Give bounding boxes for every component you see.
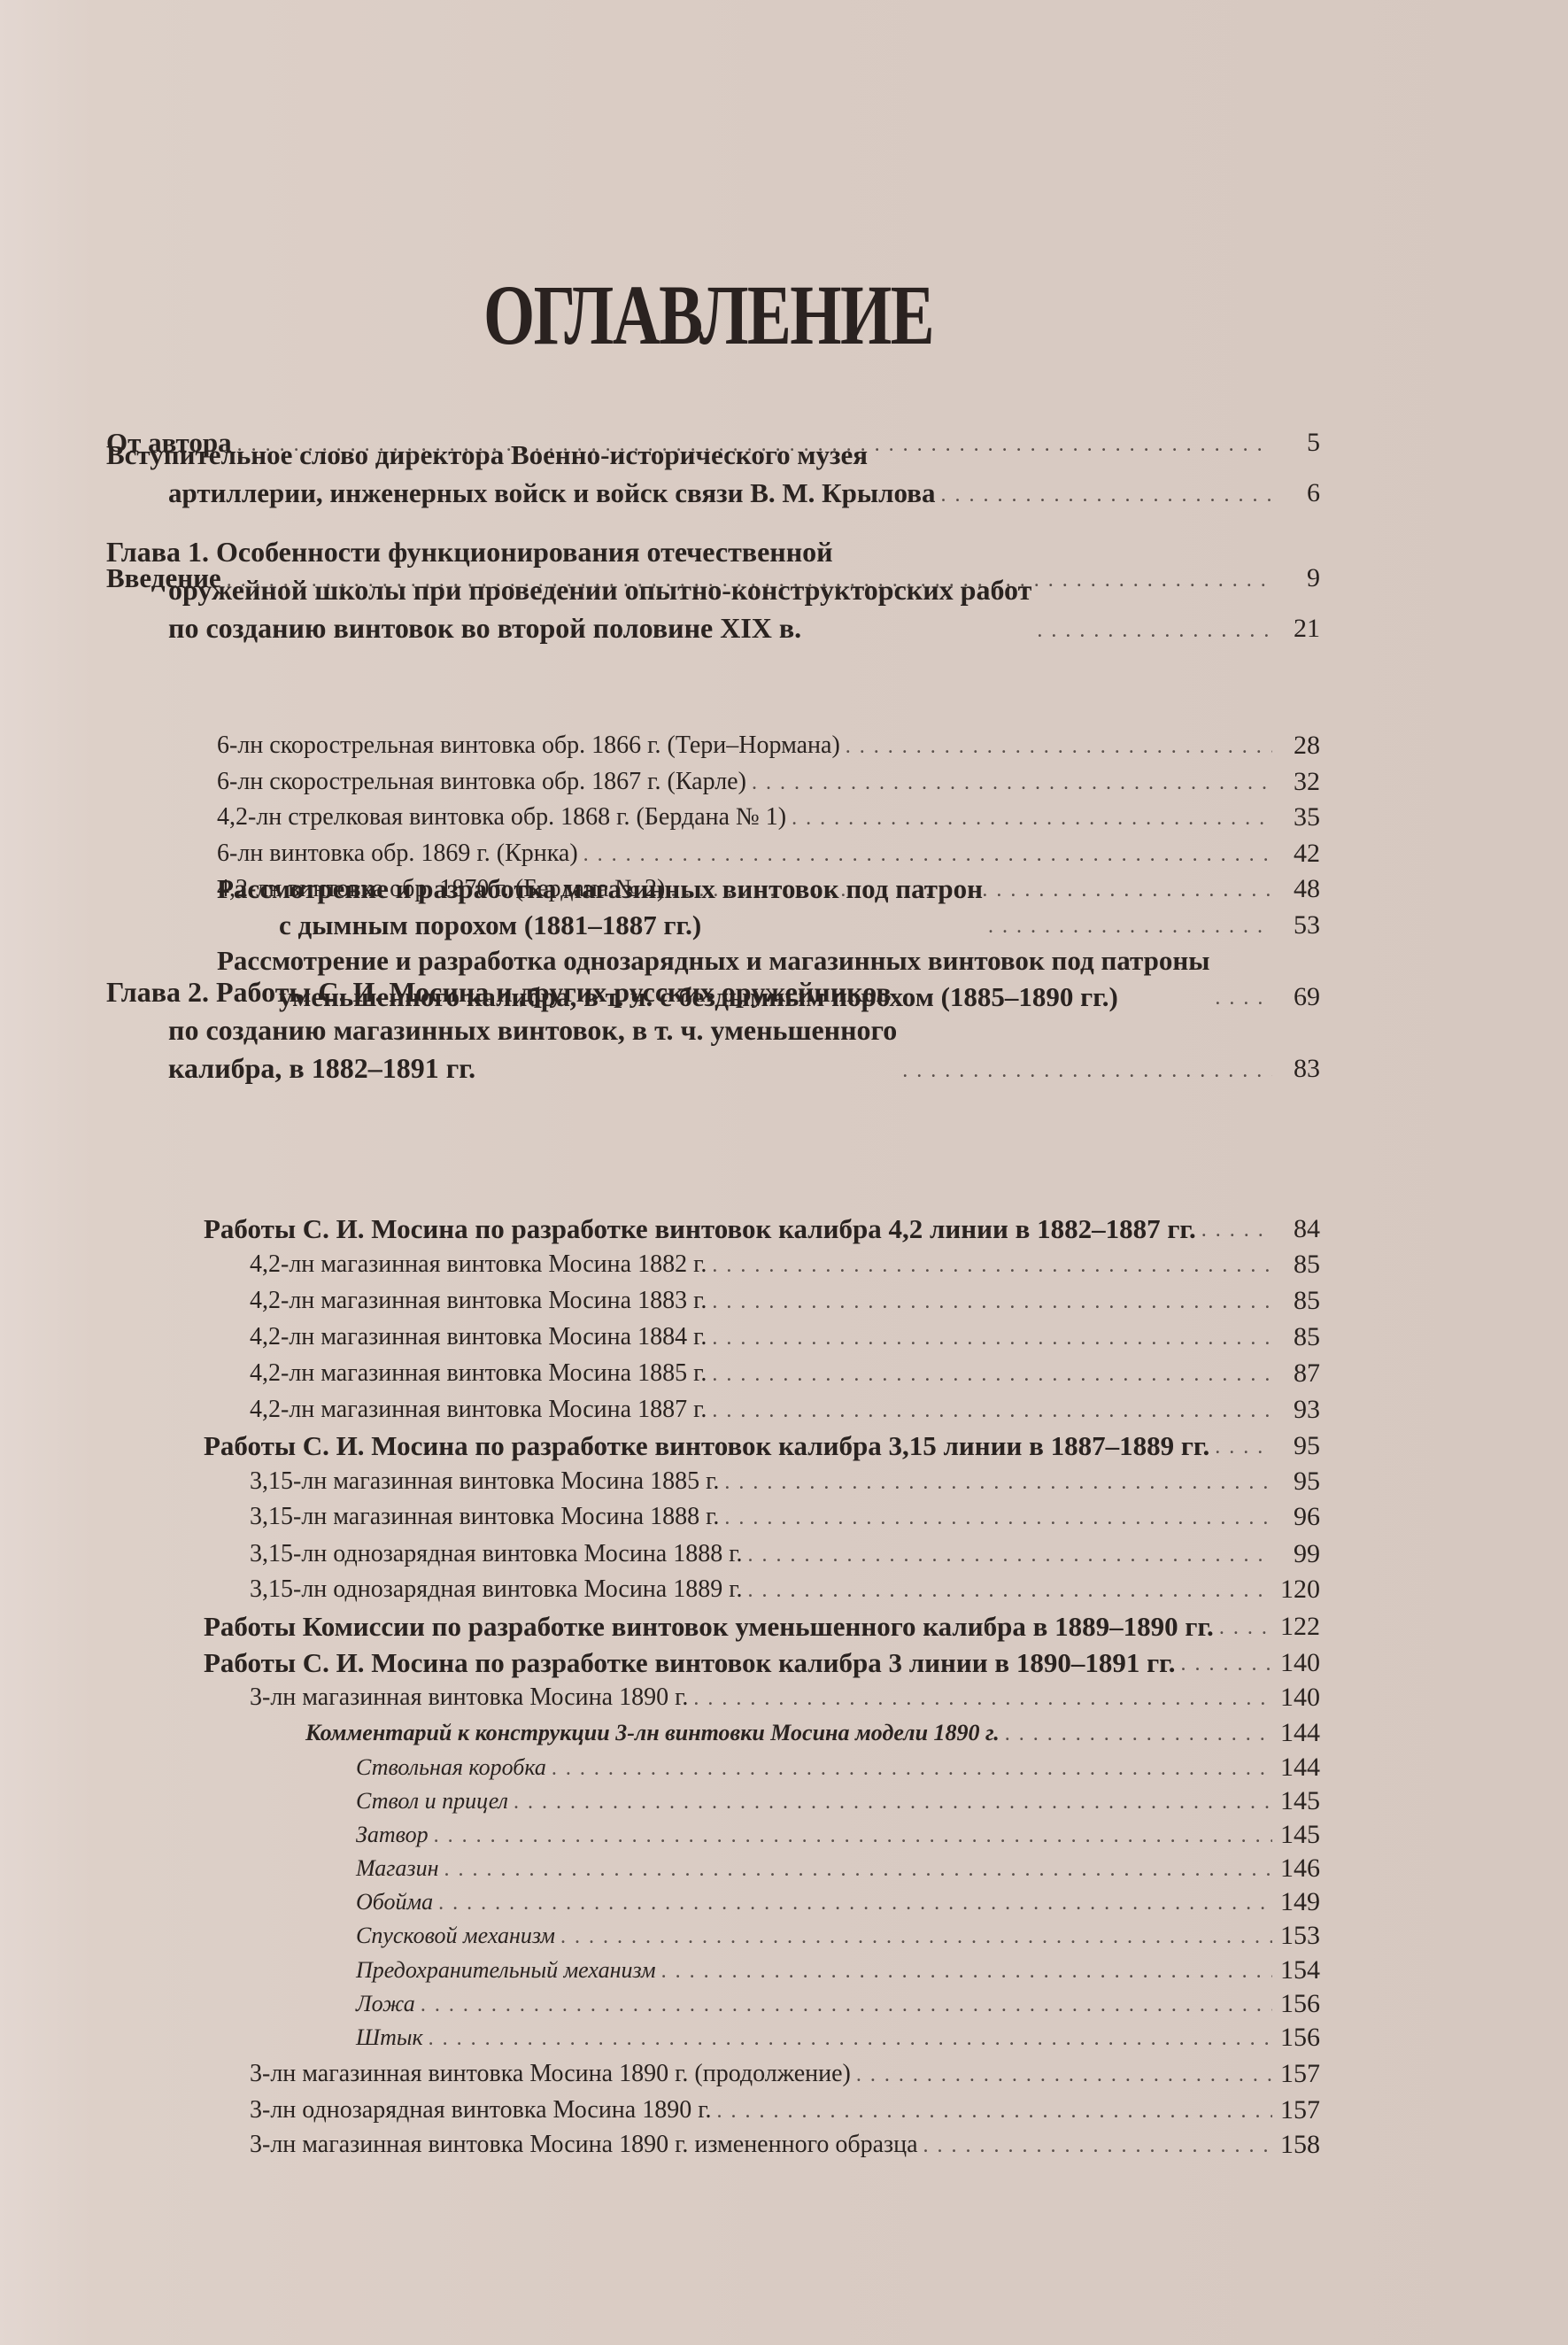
toc-entry-line: Вступительное слово директора Военно-ист…	[106, 436, 935, 474]
toc-entry-line: Штык	[356, 2020, 423, 2055]
toc-entry[interactable]: 3,15-лн магазинная винтовка Мосина 1885 …	[250, 1464, 1320, 1499]
toc-entry-title: 3,15-лн однозарядная винтовка Мосина 188…	[250, 1572, 743, 1607]
toc-entry-title: Спусковой механизм	[356, 1918, 555, 1954]
page-number: 122	[1278, 1608, 1320, 1645]
toc-entry-title: Работы С. И. Мосина по разработке винтов…	[204, 1211, 1196, 1247]
toc-entry-line: 6-лн винтовка обр. 1869 г. (Крнка)	[217, 836, 578, 871]
toc-entry-line: 4,2-лн магазинная винтовка Мосина 1887 г…	[250, 1392, 707, 1428]
toc-entry-line: 3-лн магазинная винтовка Мосина 1890 г. …	[250, 2056, 851, 2092]
toc-entry-line: по созданию магазинных винтовок, в т. ч.…	[106, 1011, 897, 1049]
page-title: ОГЛАВЛЕНИЕ	[156, 266, 1261, 364]
toc-entry-line: Рассмотрение и разработка магазинных вин…	[217, 871, 983, 907]
page-number: 87	[1278, 1356, 1320, 1391]
toc-entry-title: Работы Комиссии по разработке винтовок у…	[204, 1608, 1214, 1645]
toc-entry-title: Ствольная коробка	[356, 1750, 546, 1785]
page-number: 156	[1278, 1986, 1320, 2022]
page-number: 95	[1278, 1464, 1320, 1499]
dot-leader	[429, 2022, 1272, 2055]
toc-entry[interactable]: 3-лн магазинная винтовка Мосина 1890 г. …	[250, 2127, 1320, 2163]
toc-entry-line: Предохранительный механизм	[356, 1953, 656, 1988]
toc-entry-line: 3,15-лн магазинная винтовка Мосина 1888 …	[250, 1499, 719, 1535]
toc-entry-title: 3-лн однозарядная винтовка Мосина 1890 г…	[250, 2093, 712, 2128]
toc-entry-line: Работы Комиссии по разработке винтовок у…	[204, 1608, 1214, 1645]
toc-entry-title: Обойма	[356, 1885, 433, 1920]
toc-entry-line: 4,2-лн магазинная винтовка Мосина 1882 г…	[250, 1247, 707, 1282]
toc-entry-line: по созданию винтовок во второй половине …	[106, 609, 1031, 647]
page-number: 144	[1278, 1715, 1320, 1751]
toc-entry-title: Глава 1. Особенности функционирования от…	[106, 533, 1031, 647]
toc-entry[interactable]: Комментарий к конструкции 3-лн винтовки …	[305, 1715, 1320, 1751]
toc-entry[interactable]: 3,15-лн однозарядная винтовка Мосина 188…	[250, 1536, 1320, 1572]
toc-entry[interactable]: 4,2-лн магазинная винтовка Мосина 1885 г…	[250, 1356, 1320, 1391]
page-number: 145	[1278, 1784, 1320, 1819]
dot-leader	[444, 1853, 1272, 1886]
toc-entry-title: 4,2-лн стрелковая винтовка обр. 1868 г. …	[217, 800, 786, 835]
toc-entry[interactable]: 6-лн винтовка обр. 1869 г. (Крнка)42	[217, 836, 1320, 871]
toc-entry[interactable]: 3-лн магазинная винтовка Мосина 1890 г.1…	[250, 1680, 1320, 1715]
page-number: 153	[1278, 1918, 1320, 1954]
toc-entry-title: Работы С. И. Мосина по разработке винтов…	[204, 1645, 1176, 1681]
dot-leader	[1181, 1647, 1273, 1681]
page-number: 85	[1278, 1247, 1320, 1282]
page-number: 85	[1278, 1320, 1320, 1355]
toc-entry-title: 6-лн скорострельная винтовка обр. 1866 г…	[217, 728, 840, 763]
toc-entry-title: Ствол и прицел	[356, 1784, 508, 1819]
toc-entry[interactable]: Глава 1. Особенности функционирования от…	[106, 533, 1320, 647]
dot-leader	[717, 2094, 1272, 2128]
toc-entry-line: 3-лн магазинная винтовка Мосина 1890 г. …	[250, 2127, 918, 2163]
toc-entry-title: 3,15-лн магазинная винтовка Мосина 1888 …	[250, 1499, 719, 1535]
toc-entry[interactable]: Работы С. И. Мосина по разработке винтов…	[204, 1428, 1320, 1464]
page-number: 35	[1278, 800, 1320, 835]
toc-entry-title: Штык	[356, 2020, 423, 2055]
toc-entry-line: Магазин	[356, 1851, 438, 1886]
page-number: 156	[1278, 2020, 1320, 2055]
page-number: 32	[1278, 764, 1320, 800]
toc-entry[interactable]: 3-лн магазинная винтовка Мосина 1890 г. …	[250, 2056, 1320, 2092]
toc-entry-line: калибра, в 1882–1891 гг.	[106, 1049, 897, 1087]
dot-leader	[846, 730, 1272, 763]
dot-leader	[712, 1285, 1272, 1319]
page-number: 120	[1278, 1572, 1320, 1607]
page-number: 83	[1278, 1049, 1320, 1087]
toc-entry-title: Работы С. И. Мосина по разработке винтов…	[204, 1428, 1209, 1464]
toc-entry[interactable]: 4,2-лн магазинная винтовка Мосина 1882 г…	[250, 1247, 1320, 1282]
toc-entry-title: 4,2-лн магазинная винтовка Мосина 1882 г…	[250, 1247, 707, 1282]
toc-entry-title: 4,2-лн магазинная винтовка Мосина 1885 г…	[250, 1356, 707, 1391]
dot-leader	[752, 766, 1272, 800]
toc-entry-title: 4,2-лн магазинная винтовка Мосина 1887 г…	[250, 1392, 707, 1428]
toc-entry[interactable]: 4,2-лн магазинная винтовка Мосина 1883 г…	[250, 1283, 1320, 1319]
dot-leader	[661, 1954, 1272, 1988]
toc-entry-line: с дымным порохом (1881–1887 гг.)	[217, 907, 983, 943]
dot-leader	[712, 1358, 1272, 1391]
toc-entry-title: 4,2-лн магазинная винтовка Мосина 1883 г…	[250, 1283, 707, 1319]
toc-entry-title: 6-лн скорострельная винтовка обр. 1867 г…	[217, 764, 746, 800]
dot-leader	[1215, 1430, 1272, 1464]
dot-leader	[1037, 614, 1272, 647]
toc-entry-line: Глава 2. Работы С. И. Мосина и других ру…	[106, 973, 897, 1011]
toc-entry[interactable]: Магазин146	[356, 1851, 1320, 1886]
toc-entry[interactable]: Глава 2. Работы С. И. Мосина и других ру…	[106, 973, 1320, 1087]
toc-entry-line: 3,15-лн магазинная винтовка Мосина 1885 …	[250, 1464, 719, 1499]
dot-leader	[988, 909, 1272, 943]
dot-leader	[434, 1819, 1272, 1853]
page-number: 157	[1278, 2056, 1320, 2092]
page-number: 96	[1278, 1499, 1320, 1535]
toc-entry-line: Затвор	[356, 1817, 429, 1853]
toc-entry-line: Обойма	[356, 1885, 433, 1920]
toc-entry-line: Работы С. И. Мосина по разработке винтов…	[204, 1428, 1209, 1464]
toc-entry-line: Ствол и прицел	[356, 1784, 508, 1819]
page-number: 157	[1278, 2093, 1320, 2128]
toc-entry-title: 3,15-лн магазинная винтовка Мосина 1885 …	[250, 1464, 719, 1499]
dot-leader	[712, 1249, 1272, 1282]
page-number: 28	[1278, 728, 1320, 763]
toc-entry[interactable]: Спусковой механизм153	[356, 1918, 1320, 1954]
toc-entry[interactable]: Затвор145	[356, 1817, 1320, 1853]
page-number: 145	[1278, 1817, 1320, 1853]
page-number: 53	[1278, 907, 1320, 943]
toc-entry-title: Глава 2. Работы С. И. Мосина и других ру…	[106, 973, 897, 1087]
toc-entry-line: Ствольная коробка	[356, 1750, 546, 1785]
dot-leader	[514, 1785, 1272, 1819]
dot-leader	[902, 1054, 1272, 1087]
dot-leader	[552, 1752, 1272, 1785]
toc-entry[interactable]: Ложа156	[356, 1986, 1320, 2022]
toc-entry-title: 3-лн магазинная винтовка Мосина 1890 г. …	[250, 2127, 918, 2163]
toc-entry-line: 6-лн скорострельная винтовка обр. 1866 г…	[217, 728, 840, 763]
toc-entry-line: 4,2-лн магазинная винтовка Мосина 1884 г…	[250, 1320, 707, 1355]
page-number: 6	[1278, 474, 1320, 512]
dot-leader	[712, 1321, 1272, 1355]
toc-entry-title: 3-лн магазинная винтовка Мосина 1890 г. …	[250, 2056, 851, 2092]
dot-leader	[940, 478, 1272, 512]
toc-entry-line: 3-лн магазинная винтовка Мосина 1890 г.	[250, 1680, 688, 1715]
toc-entry[interactable]: Работы С. И. Мосина по разработке винтов…	[204, 1211, 1320, 1247]
toc-entry[interactable]: Ствол и прицел145	[356, 1784, 1320, 1819]
toc-entry[interactable]: Работы Комиссии по разработке винтовок у…	[204, 1608, 1320, 1645]
dot-leader	[421, 1988, 1272, 2022]
toc-entry-title: Вступительное слово директора Военно-ист…	[106, 436, 935, 512]
toc-entry[interactable]: 3-лн однозарядная винтовка Мосина 1890 г…	[250, 2093, 1320, 2128]
toc-entry-line: Работы С. И. Мосина по разработке винтов…	[204, 1645, 1176, 1681]
toc-entry[interactable]: 4,2-лн магазинная винтовка Мосина 1884 г…	[250, 1320, 1320, 1355]
toc-entry[interactable]: Штык156	[356, 2020, 1320, 2055]
toc-entry[interactable]: Работы С. И. Мосина по разработке винтов…	[204, 1645, 1320, 1681]
page-number: 84	[1278, 1211, 1320, 1247]
toc-entry-line: артиллерии, инженерных войск и войск свя…	[106, 474, 935, 512]
page-number: 158	[1278, 2127, 1320, 2163]
toc-entry-title: 3,15-лн однозарядная винтовка Мосина 188…	[250, 1536, 743, 1572]
toc-entry-line: оружейной школы при проведении опытно-ко…	[106, 571, 1031, 609]
toc-entry-title: 6-лн винтовка обр. 1869 г. (Крнка)	[217, 836, 578, 871]
toc-entry[interactable]: Вступительное слово директора Военно-ист…	[106, 436, 1320, 512]
dot-leader	[724, 1501, 1272, 1535]
dot-leader	[748, 1538, 1272, 1572]
toc-entry[interactable]: Ствольная коробка144	[356, 1750, 1320, 1785]
toc-entry[interactable]: 3,15-лн магазинная винтовка Мосина 1888 …	[250, 1499, 1320, 1535]
toc-entry-title: 4,2-лн магазинная винтовка Мосина 1884 г…	[250, 1320, 707, 1355]
page-number: 146	[1278, 1851, 1320, 1886]
toc-entry-line: Глава 1. Особенности функционирования от…	[106, 533, 1031, 571]
toc-entry[interactable]: 6-лн скорострельная винтовка обр. 1867 г…	[217, 764, 1320, 800]
dot-leader	[923, 2129, 1272, 2163]
toc-entry-line: 4,2-лн стрелковая винтовка обр. 1868 г. …	[217, 800, 786, 835]
page-number: 140	[1278, 1680, 1320, 1715]
toc-entry[interactable]: 3,15-лн однозарядная винтовка Мосина 188…	[250, 1572, 1320, 1607]
dot-leader	[438, 1886, 1272, 1920]
dot-leader	[712, 1394, 1272, 1428]
page-number: 95	[1278, 1428, 1320, 1464]
toc-entry[interactable]: 4,2-лн магазинная винтовка Мосина 1887 г…	[250, 1392, 1320, 1428]
dot-leader	[748, 1574, 1272, 1607]
toc-entry-line: Работы С. И. Мосина по разработке винтов…	[204, 1211, 1196, 1247]
toc-entry-title: Ложа	[356, 1986, 415, 2022]
toc-entry-line: 3-лн однозарядная винтовка Мосина 1890 г…	[250, 2093, 712, 2128]
toc-entry-line: 4,2-лн магазинная винтовка Мосина 1883 г…	[250, 1283, 707, 1319]
page-number: 144	[1278, 1750, 1320, 1785]
page-number: 140	[1278, 1645, 1320, 1681]
toc-entry-title: Предохранительный механизм	[356, 1953, 656, 1988]
toc-entry-title: Затвор	[356, 1817, 429, 1853]
dot-leader	[856, 2058, 1272, 2092]
toc-entry-title: Магазин	[356, 1851, 438, 1886]
toc-entry-line: Комментарий к конструкции 3-лн винтовки …	[305, 1715, 1000, 1751]
page-number: 154	[1278, 1953, 1320, 1988]
toc-entry[interactable]: 4,2-лн стрелковая винтовка обр. 1868 г. …	[217, 800, 1320, 835]
page-number: 149	[1278, 1885, 1320, 1920]
toc-entry-title: Комментарий к конструкции 3-лн винтовки …	[305, 1715, 1000, 1751]
page-number: 42	[1278, 836, 1320, 871]
dot-leader	[1201, 1213, 1272, 1247]
toc-entry-line: Спусковой механизм	[356, 1918, 555, 1954]
dot-leader	[693, 1682, 1272, 1715]
toc-entry-line: 3,15-лн однозарядная винтовка Мосина 188…	[250, 1572, 743, 1607]
toc-entry[interactable]: Обойма149	[356, 1885, 1320, 1920]
dot-leader	[560, 1920, 1272, 1954]
toc-entry-line: 4,2-лн магазинная винтовка Мосина 1885 г…	[250, 1356, 707, 1391]
dot-leader	[1005, 1717, 1272, 1751]
toc-entry-line: 6-лн скорострельная винтовка обр. 1867 г…	[217, 764, 746, 800]
toc-entry-line: Ложа	[356, 1986, 415, 2022]
toc-entry-title: 3-лн магазинная винтовка Мосина 1890 г.	[250, 1680, 688, 1715]
dot-leader	[1219, 1611, 1272, 1645]
page-number: 93	[1278, 1392, 1320, 1428]
dot-leader	[724, 1466, 1272, 1499]
toc-entry[interactable]: 6-лн скорострельная винтовка обр. 1866 г…	[217, 728, 1320, 763]
page-number: 21	[1278, 609, 1320, 647]
dot-leader	[583, 838, 1272, 871]
dot-leader	[792, 801, 1272, 835]
toc-entry[interactable]: Рассмотрение и разработка магазинных вин…	[217, 871, 1320, 943]
page-number: 99	[1278, 1536, 1320, 1572]
toc-entry-title: Рассмотрение и разработка магазинных вин…	[217, 871, 983, 943]
toc-entry[interactable]: Предохранительный механизм154	[356, 1953, 1320, 1988]
page-number: 85	[1278, 1283, 1320, 1319]
toc-entry-line: 3,15-лн однозарядная винтовка Мосина 188…	[250, 1536, 743, 1572]
